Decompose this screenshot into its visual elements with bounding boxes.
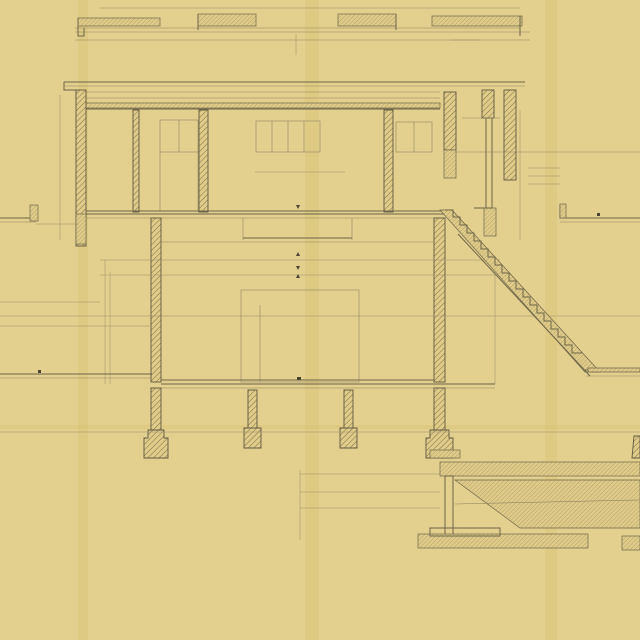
top-plan-strip [75,8,530,55]
upper-floor [76,90,445,246]
architectural-section [0,0,640,640]
drawing-sheet [0,0,640,640]
left-terrace [0,205,150,326]
basement [0,218,640,388]
left-ground [0,370,152,378]
footings [0,388,640,458]
stair [440,210,640,376]
right-terrace [560,204,640,222]
right-edge-columns [444,90,640,236]
bottom-plan-detail [300,450,640,550]
